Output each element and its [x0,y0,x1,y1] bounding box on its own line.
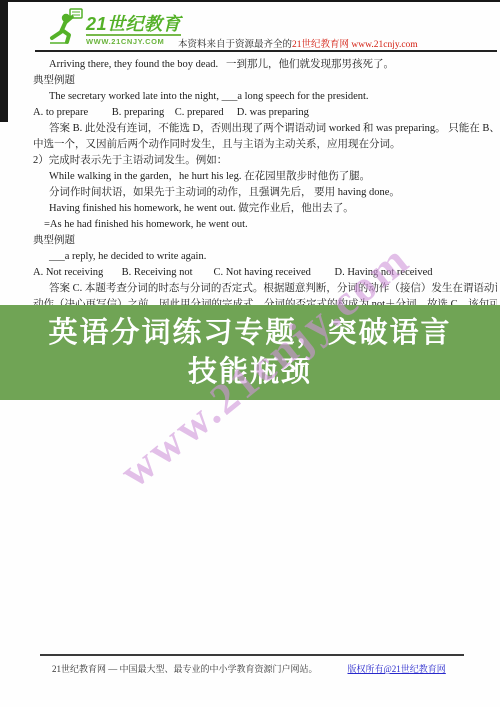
page-footer: 21世纪教育网 — 中国最大型、最专业的中小学教育资源门户网站。版权所有@21世… [52,662,492,675]
scan-left-edge [0,0,8,122]
doc-line: While walking in the garden，he hurt his … [33,169,497,185]
doc-line: 中选一个，又因前后两个动作同时发生，且与主语为主动关系，应用现在分词。 [33,137,497,153]
doc-line: =As he had finished his homework, he wen… [33,217,497,233]
doc-line: A. Not receiving B. Receiving not C. Not… [33,265,497,281]
doc-line: 答案 C. 本题考查分词的时态与分词的否定式。根据题意判断，分词的动作（接信）发… [33,281,497,297]
doc-line: 典型例题 [33,73,497,89]
notice-prefix: 本资料来自于资源最齐全的 [178,40,292,50]
footer-divider [40,654,464,656]
site-logo: 21世纪教育 www.21cnjy.com [46,7,181,47]
logo-text: 21世纪教育 www.21cnjy.com [86,15,181,46]
notice-site-link: 21世纪教育网 www.21cnjy.com [292,40,418,50]
doc-line: 2）完成时表示先于主语动词发生。例如： [33,153,497,169]
document-body: Arriving there, they found the boy dead.… [33,57,497,329]
doc-line: 答案 B. 此处没有连词，不能选 D，否则出现了两个谓语动词 worked 和 … [33,121,497,137]
logo-url: www.21cnjy.com [86,34,181,46]
doc-line: 分词作时间状语，如果先于主动词的动作，且强调先后， 要用 having done… [33,185,497,201]
doc-line: 典型例题 [33,233,497,249]
logo-brand: 21世纪教育 [86,15,181,33]
promo-banner: 英语分词练习专题，突破语言 技能瓶颈 [0,305,500,400]
doc-line: The secretary worked late into the night… [33,89,497,105]
banner-title-line2: 技能瓶颈 [188,353,312,392]
scan-top-edge [0,0,500,2]
doc-line: ___a reply, he decided to write again. [33,249,497,265]
banner-title-line1: 英语分词练习专题，突破语言 [48,314,451,353]
copyright-link[interactable]: 版权所有@21世纪教育网 [348,664,446,674]
footer-info: 21世纪教育网 — 中国最大型、最专业的中小学教育资源门户网站。 [52,664,318,674]
header-divider [35,50,497,52]
runner-icon [46,7,86,47]
doc-line: Having finished his homework, he went ou… [33,201,497,217]
document-page: 21世纪教育 www.21cnjy.com 本资料来自于资源最齐全的21世纪教育… [0,0,500,707]
header-notice: 本资料来自于资源最齐全的21世纪教育网 www.21cnjy.com [178,36,418,50]
doc-line: Arriving there, they found the boy dead.… [33,57,497,73]
doc-line: A. to prepare B. preparing C. prepared D… [33,105,497,121]
